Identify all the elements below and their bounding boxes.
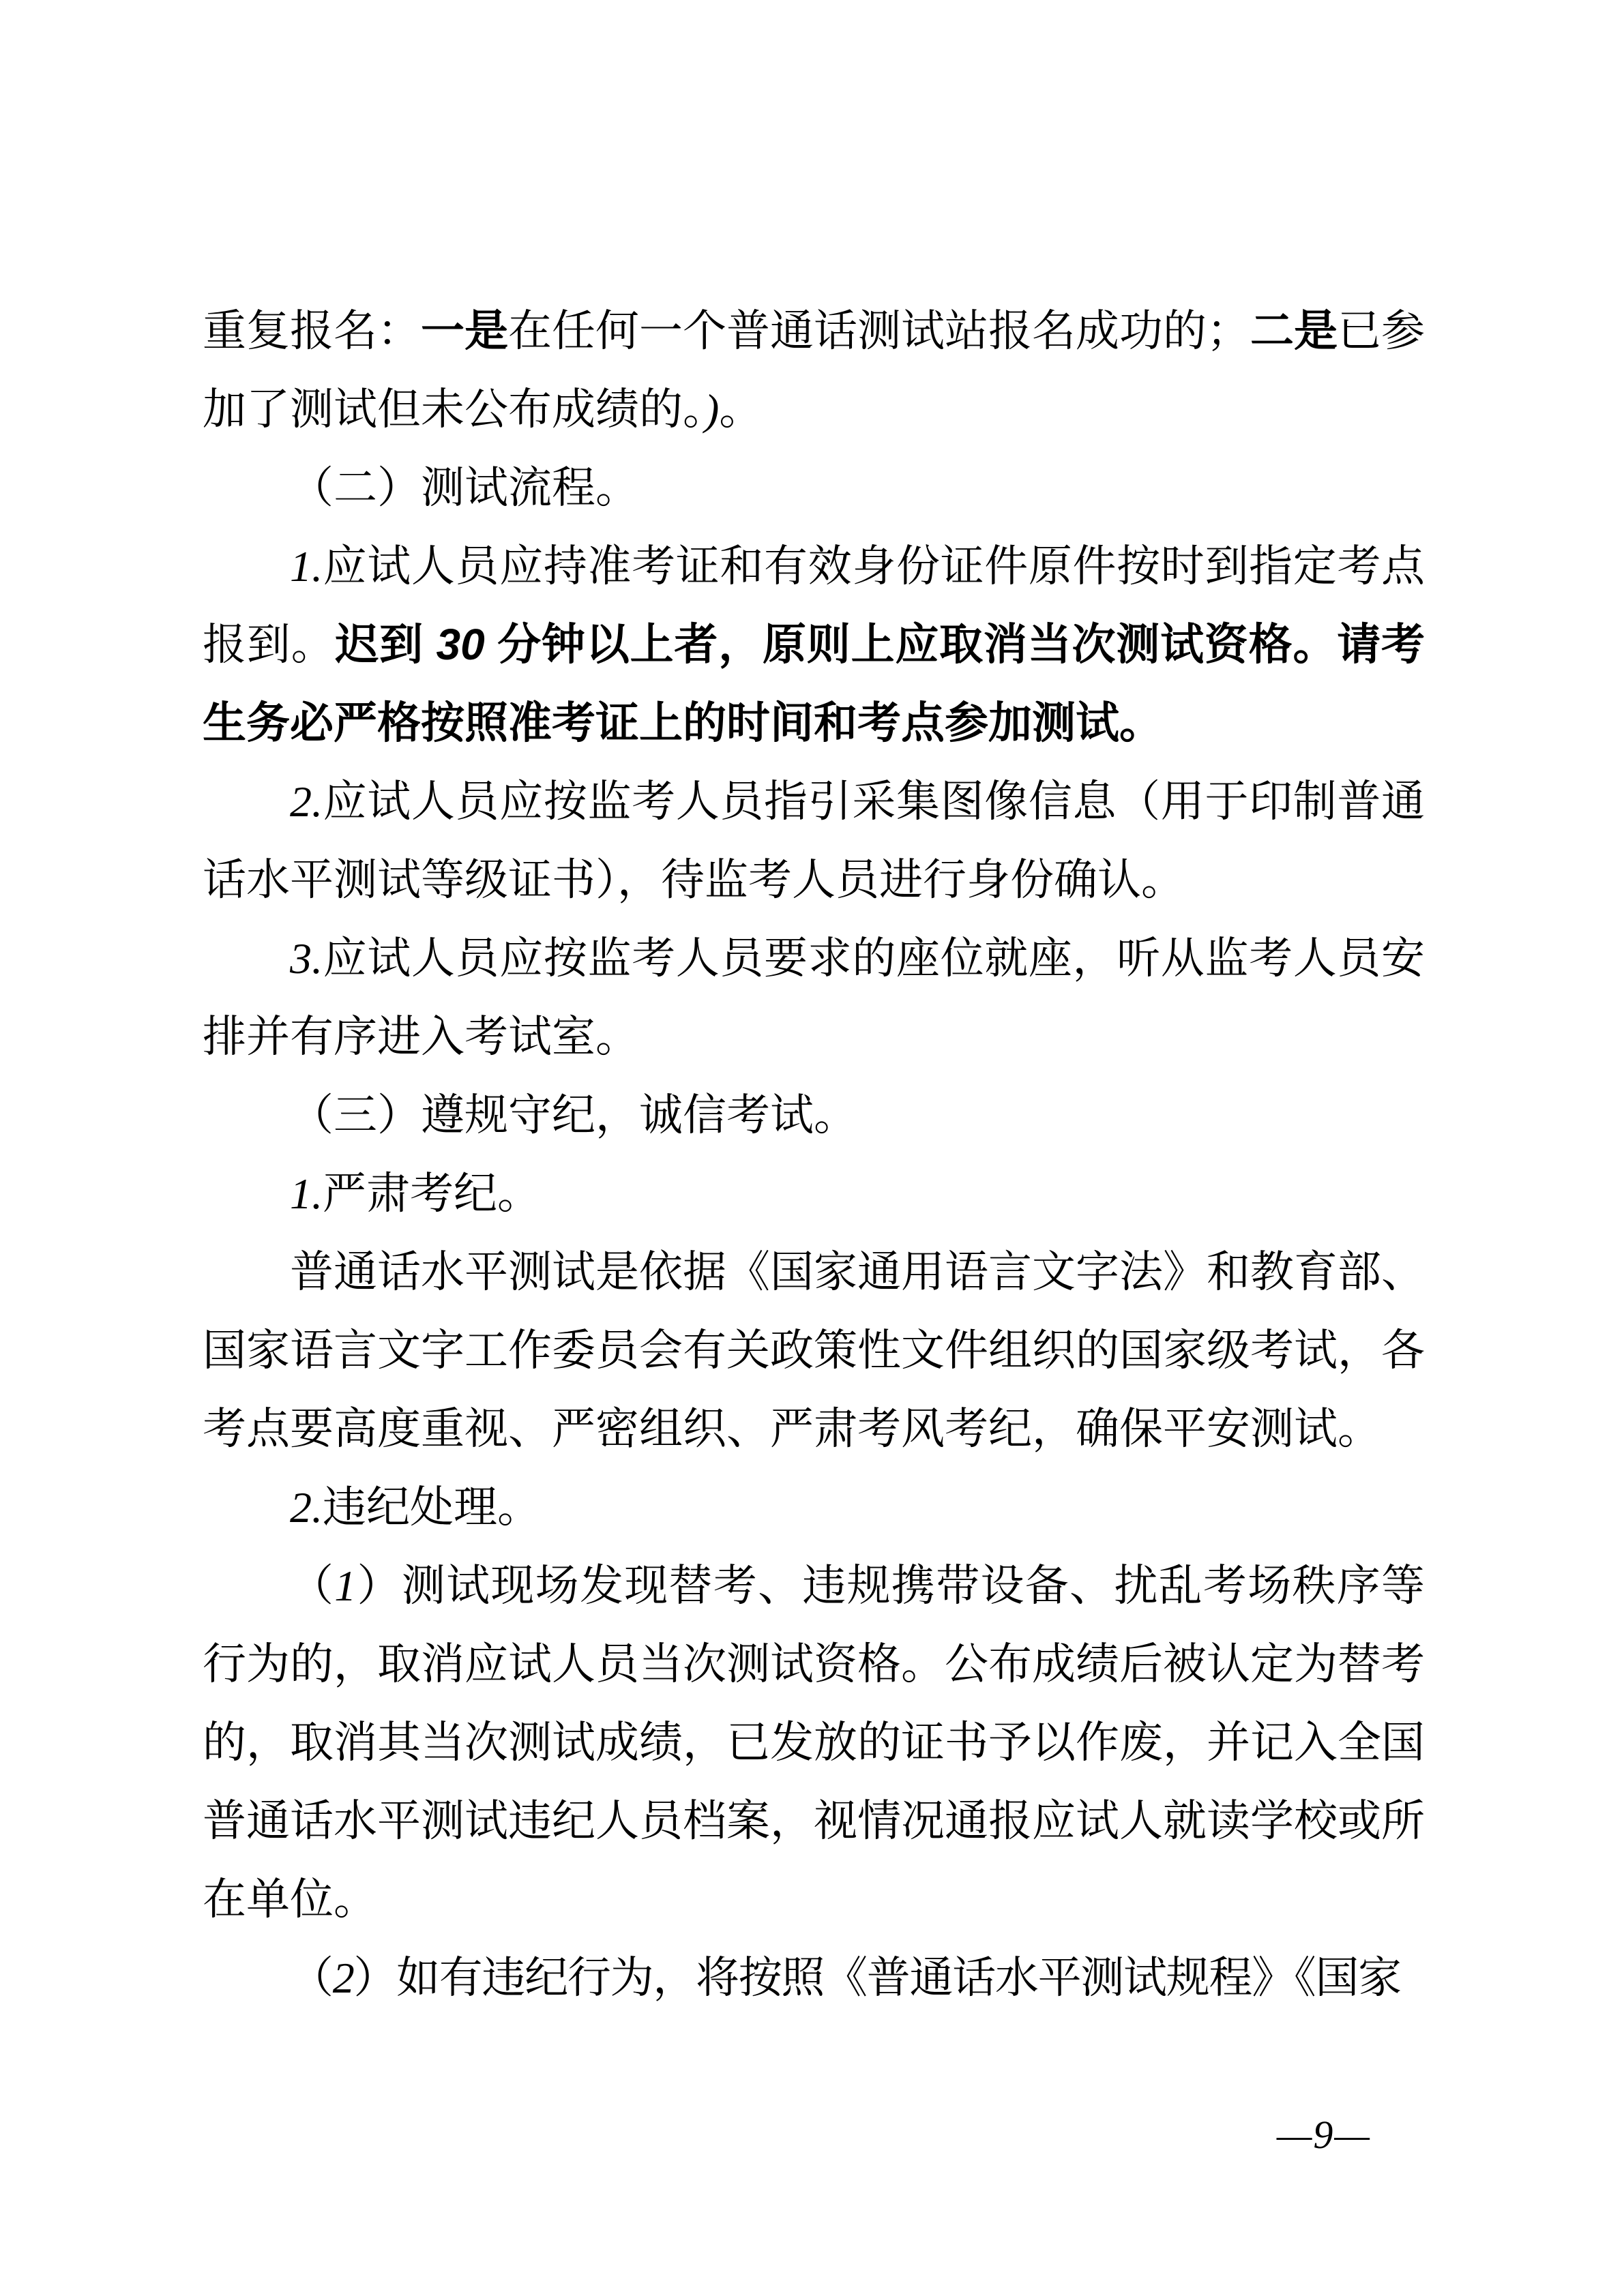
- paragraph-item-2: 2.应试人员应按监考人员指引采集图像信息（用于印制普通话水平测试等级证书），待监…: [203, 762, 1425, 919]
- paragraph-item-3: 3.应试人员应按监考人员要求的座位就座，听从监考人员安排并有序进入考试室。: [203, 919, 1425, 1076]
- text-run: 重复报名：: [203, 307, 421, 355]
- text-run: 普通话水平测试是依据《国家通用语言文字法》和教育部、国家语言文字工作委员会有关政…: [203, 1248, 1425, 1453]
- page-number: —9—: [1277, 2115, 1371, 2155]
- paragraph-continuation: 重复报名：一是在任何一个普通话测试站报名成功的；二是已参加了测试但未公布成绩的。…: [203, 292, 1425, 449]
- text-run: 1.严肃考纪。: [290, 1169, 541, 1218]
- text-run-bold: 迟到 30 分钟以上者，原则上应取消当次测试资格。请考生务必严格按照准考证上的时…: [203, 620, 1425, 747]
- document-page: 重复报名：一是在任何一个普通话测试站报名成功的；二是已参加了测试但未公布成绩的。…: [0, 0, 1624, 2296]
- text-run: 2.违纪处理。: [290, 1483, 541, 1532]
- text-run-bold: 二是: [1250, 306, 1338, 355]
- paragraph-discipline-body: 普通话水平测试是依据《国家通用语言文字法》和教育部、国家语言文字工作委员会有关政…: [203, 1233, 1425, 1468]
- paragraph-violation-heading: 2.违纪处理。: [203, 1468, 1425, 1547]
- document-body: 重复报名：一是在任何一个普通话测试站报名成功的；二是已参加了测试但未公布成绩的。…: [203, 292, 1425, 2017]
- paragraph-discipline-heading: 1.严肃考纪。: [203, 1154, 1425, 1233]
- paragraph-violation-1: （1）测试现场发现替考、违规携带设备、扰乱考场秩序等行为的，取消应试人员当次测试…: [203, 1547, 1425, 1939]
- paragraph-item-1: 1.应试人员应持准考证和有效身份证件原件按时到指定考点报到。迟到 30 分钟以上…: [203, 527, 1425, 762]
- text-run: （1）测试现场发现替考、违规携带设备、扰乱考场秩序等行为的，取消应试人员当次测试…: [203, 1562, 1425, 1924]
- paragraph-section-2-heading: （二）测试流程。: [203, 449, 1425, 527]
- text-run: （三）遵规守纪，诚信考试。: [290, 1091, 857, 1139]
- text-run: 3.应试人员应按监考人员要求的座位就座，听从监考人员安排并有序进入考试室。: [203, 934, 1425, 1061]
- paragraph-section-3-heading: （三）遵规守纪，诚信考试。: [203, 1076, 1425, 1154]
- text-run-bold: 一是: [421, 306, 508, 355]
- text-run: （二）测试流程。: [290, 464, 639, 512]
- paragraph-violation-2: （2）如有违纪行为，将按照《普通话水平测试规程》《国家: [203, 1939, 1425, 2017]
- text-run: 2.应试人员应按监考人员指引采集图像信息（用于印制普通话水平测试等级证书），待监…: [203, 777, 1425, 904]
- text-run: （2）如有违纪行为，将按照《普通话水平测试规程》《国家: [290, 1954, 1401, 2002]
- text-run: 在任何一个普通话测试站报名成功的；: [508, 307, 1250, 355]
